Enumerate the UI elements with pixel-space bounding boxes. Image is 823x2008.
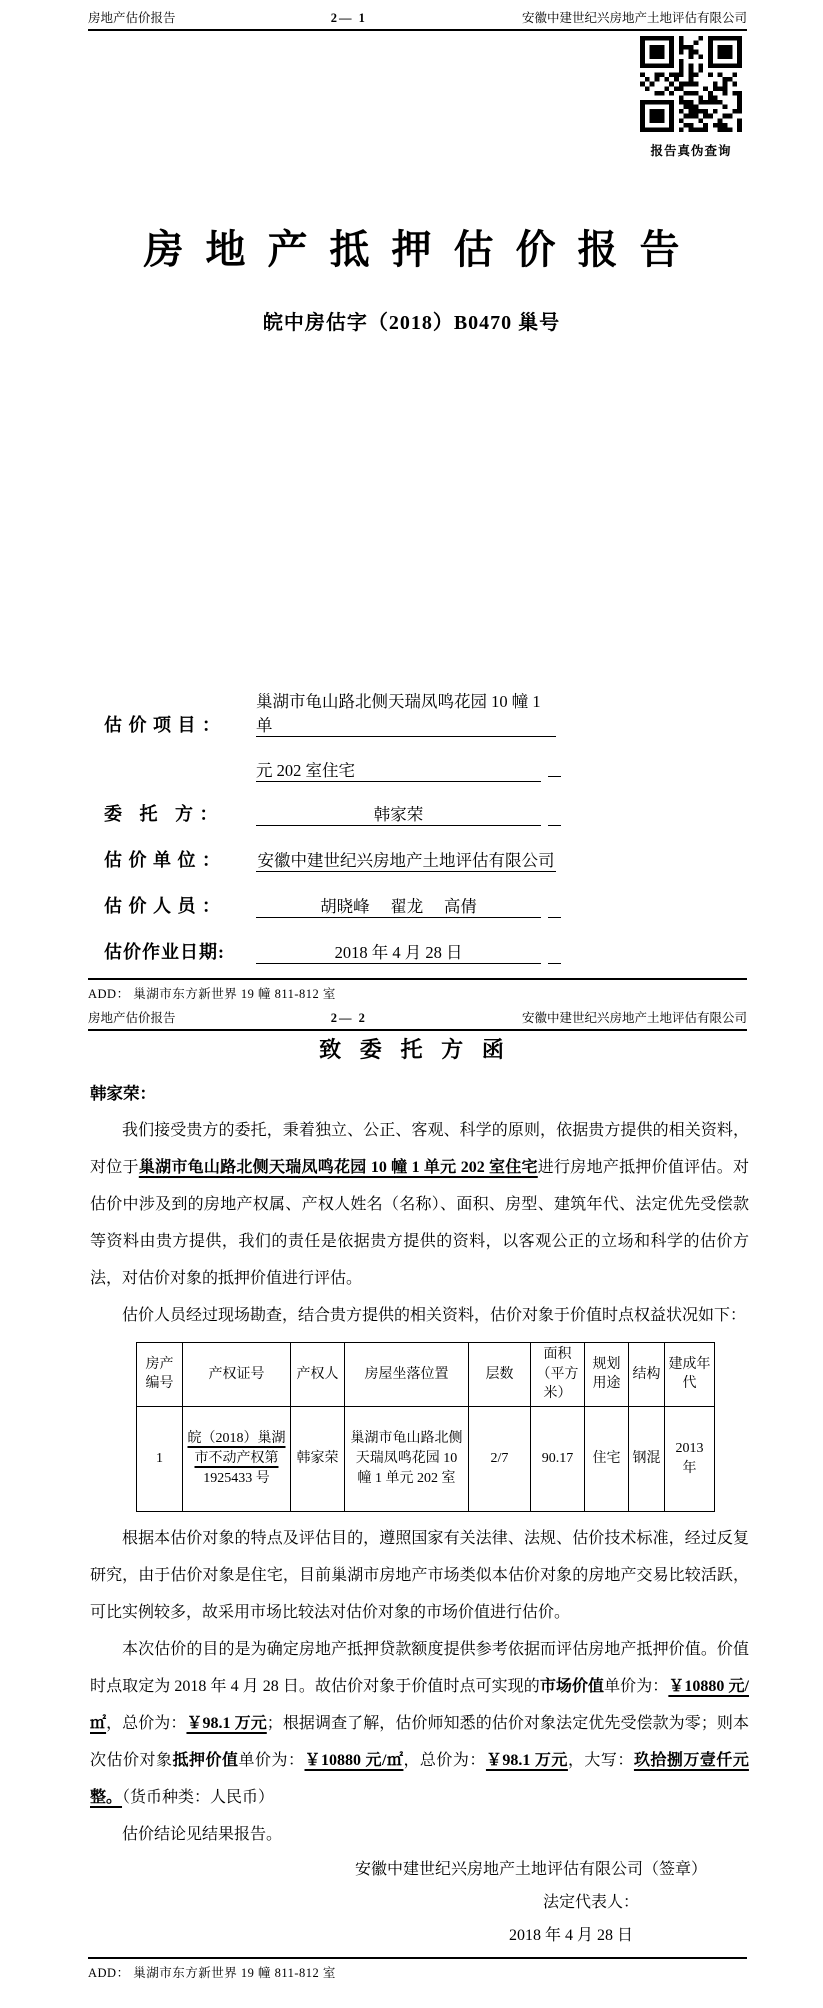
field-agency: 估 价 单 位 ： 安徽中建世纪兴房地产土地评估有限公司: [104, 846, 574, 872]
paragraph-segment: ，大写：: [568, 1752, 634, 1769]
table-header-cell: 规划用途: [585, 1343, 629, 1407]
property-table: 房产编号产权证号产权人房屋坐落位置层数面积（平方米）规划用途结构建成年代1皖（2…: [136, 1342, 715, 1512]
qr-code-icon: [640, 36, 742, 132]
paragraph-1: 我们接受贵方的委托，秉着独立、公正、客观、科学的原则，依据贵方提供的相关资料，对…: [90, 1112, 749, 1297]
conclusion-line: 估价结论见结果报告。: [90, 1816, 749, 1853]
field-label: 估 价 人 员 ：: [104, 892, 256, 918]
table-cell-segment: 皖（2018）巢湖市不动产权第: [188, 1431, 286, 1466]
field-value: 元 202 室住宅: [256, 757, 541, 782]
salutation: 韩家荣：: [90, 1075, 749, 1112]
paragraph-segment: ，总价为：: [106, 1715, 186, 1732]
table-header-cell: 面积（平方米）: [531, 1343, 585, 1407]
paragraph-segment: ￥98.1 万元: [486, 1752, 568, 1769]
signature-representative: 法定代表人：: [90, 1886, 749, 1919]
field-value: 胡晓峰 翟龙 高倩: [256, 893, 541, 918]
paragraph-segment: ￥10880 元/㎡: [305, 1752, 404, 1769]
qr-code-label: 报告真伪查询: [639, 141, 743, 159]
table-cell: 1: [137, 1406, 183, 1511]
table-cell: 2/7: [469, 1406, 531, 1511]
header-report-type: 房地产估价报告: [88, 8, 176, 26]
table-cell: 钢混: [629, 1406, 665, 1511]
field-value: 韩家荣: [256, 801, 541, 826]
paragraph-4: 本次估价的目的是为确定房地产抵押贷款额度提供参考依据而评估房地产抵押价值。价值时…: [90, 1631, 749, 1816]
table-header-cell: 建成年代: [665, 1343, 715, 1407]
header-company-name: 安徽中建世纪兴房地产土地评估有限公司: [522, 8, 747, 26]
field-project: 估 价 项 目 ： 巢湖市龟山路北侧天瑞凤鸣花园 10 幢 1 单: [104, 688, 574, 737]
table-header-cell: 房屋坐落位置: [345, 1343, 469, 1407]
underline-tail: [548, 805, 561, 826]
table-header-cell: 结构: [629, 1343, 665, 1407]
table-cell-segment: 1925433 号: [203, 1471, 270, 1486]
property-highlight: 巢湖市龟山路北侧天瑞凤鸣花园 10 幢 1 单元 202 室住宅: [139, 1159, 538, 1176]
paragraph-text: 进行房地产抵押价值评估。对估价中涉及到的房地产权属、产权人姓名（名称）、面积、房…: [90, 1159, 749, 1287]
report-title: 房地产抵押估价报告: [0, 218, 823, 275]
letter-title: 致委托方函: [0, 1033, 823, 1064]
footer-address: ADD： 巢湖市东方新世界 19 幢 811-812 室: [88, 1966, 336, 1980]
document: { "colors": {"ink": "#000000", "paper": …: [0, 0, 823, 2008]
page-footer: ADD： 巢湖市东方新世界 19 幢 811-812 室: [88, 978, 747, 1002]
signature-company: 安徽中建世纪兴房地产土地评估有限公司（签章）: [90, 1853, 749, 1886]
underline-tail: [548, 897, 561, 918]
field-label: 估 价 单 位 ：: [104, 846, 256, 872]
field-staff: 估 价 人 员 ： 胡晓峰 翟龙 高倩: [104, 892, 574, 918]
field-value: 2018 年 4 月 28 日: [256, 939, 541, 964]
letter-body: 韩家荣： 我们接受贵方的委托，秉着独立、公正、客观、科学的原则，依据贵方提供的相…: [90, 1075, 749, 1952]
header-company-name: 安徽中建世纪兴房地产土地评估有限公司: [522, 1008, 747, 1026]
page-header: 房地产估价报告 2— 2 安徽中建世纪兴房地产土地评估有限公司: [88, 1008, 747, 1031]
table-header-cell: 层数: [469, 1343, 531, 1407]
table-header-row: 房产编号产权证号产权人房屋坐落位置层数面积（平方米）规划用途结构建成年代: [137, 1343, 715, 1407]
field-client: 委 托 方 ： 韩家荣: [104, 800, 574, 826]
table-cell: 90.17: [531, 1406, 585, 1511]
field-value: 安徽中建世纪兴房地产土地评估有限公司: [256, 847, 556, 872]
report-page-1: 房地产估价报告 2— 1 安徽中建世纪兴房地产土地评估有限公司 报告真伪查询 房…: [0, 0, 823, 1005]
signature-date: 2018 年 4 月 28 日: [90, 1919, 749, 1952]
paragraph-3: 根据本估价对象的特点及评估目的，遵照国家有关法律、法规、估价技术标准，经过反复研…: [90, 1520, 749, 1631]
paragraph-segment: （货币种类：人民币）: [122, 1789, 274, 1806]
header-page-number: 2— 2: [331, 1011, 367, 1026]
paragraph-segment: 单价为：: [604, 1678, 668, 1695]
field-label: 估价作业日期:: [104, 938, 256, 964]
field-label: 委 托 方 ：: [104, 800, 256, 826]
table-cell: 韩家荣: [291, 1406, 345, 1511]
field-value: 巢湖市龟山路北侧天瑞凤鸣花园 10 幢 1 单: [256, 688, 556, 737]
report-page-2: 房地产估价报告 2— 2 安徽中建世纪兴房地产土地评估有限公司 致委托方函 韩家…: [0, 1005, 823, 2008]
report-doc-number: 皖中房估字（2018）B0470 巢号: [0, 306, 823, 335]
table-row: 1皖（2018）巢湖市不动产权第 1925433 号韩家荣巢湖市龟山路北侧天瑞凤…: [137, 1406, 715, 1511]
table-header-cell: 产权证号: [183, 1343, 291, 1407]
field-project-line2: 元 202 室住宅: [104, 756, 574, 782]
paragraph-2: 估价人员经过现场勘查，结合贵方提供的相关资料，估价对象于价值时点权益状况如下：: [90, 1297, 749, 1334]
paragraph-segment: 市场价值: [540, 1678, 604, 1695]
header-report-type: 房地产估价报告: [88, 1008, 176, 1026]
table-cell: 皖（2018）巢湖市不动产权第 1925433 号: [183, 1406, 291, 1511]
underline-tail: [548, 943, 561, 964]
paragraph-segment: ￥98.1 万元: [186, 1715, 266, 1732]
table-header-cell: 房产编号: [137, 1343, 183, 1407]
header-page-number: 2— 1: [331, 11, 367, 26]
underline-tail: [548, 756, 561, 777]
paragraph-segment: ，总价为：: [403, 1752, 486, 1769]
table-cell: 住宅: [585, 1406, 629, 1511]
table-cell: 2013 年: [665, 1406, 715, 1511]
page-footer: ADD： 巢湖市东方新世界 19 幢 811-812 室: [88, 1957, 747, 1981]
paragraph-segment: 抵押价值: [173, 1752, 239, 1769]
report-verification-block: 报告真伪查询: [639, 36, 743, 159]
table-header-cell: 产权人: [291, 1343, 345, 1407]
paragraph-segment: 单价为：: [239, 1752, 305, 1769]
table-cell: 巢湖市龟山路北侧天瑞凤鸣花园 10 幢 1 单元 202 室: [345, 1406, 469, 1511]
field-label: 估 价 项 目 ：: [104, 711, 256, 737]
field-date: 估价作业日期: 2018 年 4 月 28 日: [104, 938, 574, 964]
footer-address: ADD： 巢湖市东方新世界 19 幢 811-812 室: [88, 987, 336, 1001]
page-header: 房地产估价报告 2— 1 安徽中建世纪兴房地产土地评估有限公司: [88, 8, 747, 31]
cover-form: 估 价 项 目 ： 巢湖市龟山路北侧天瑞凤鸣花园 10 幢 1 单 元 202 …: [104, 688, 574, 984]
